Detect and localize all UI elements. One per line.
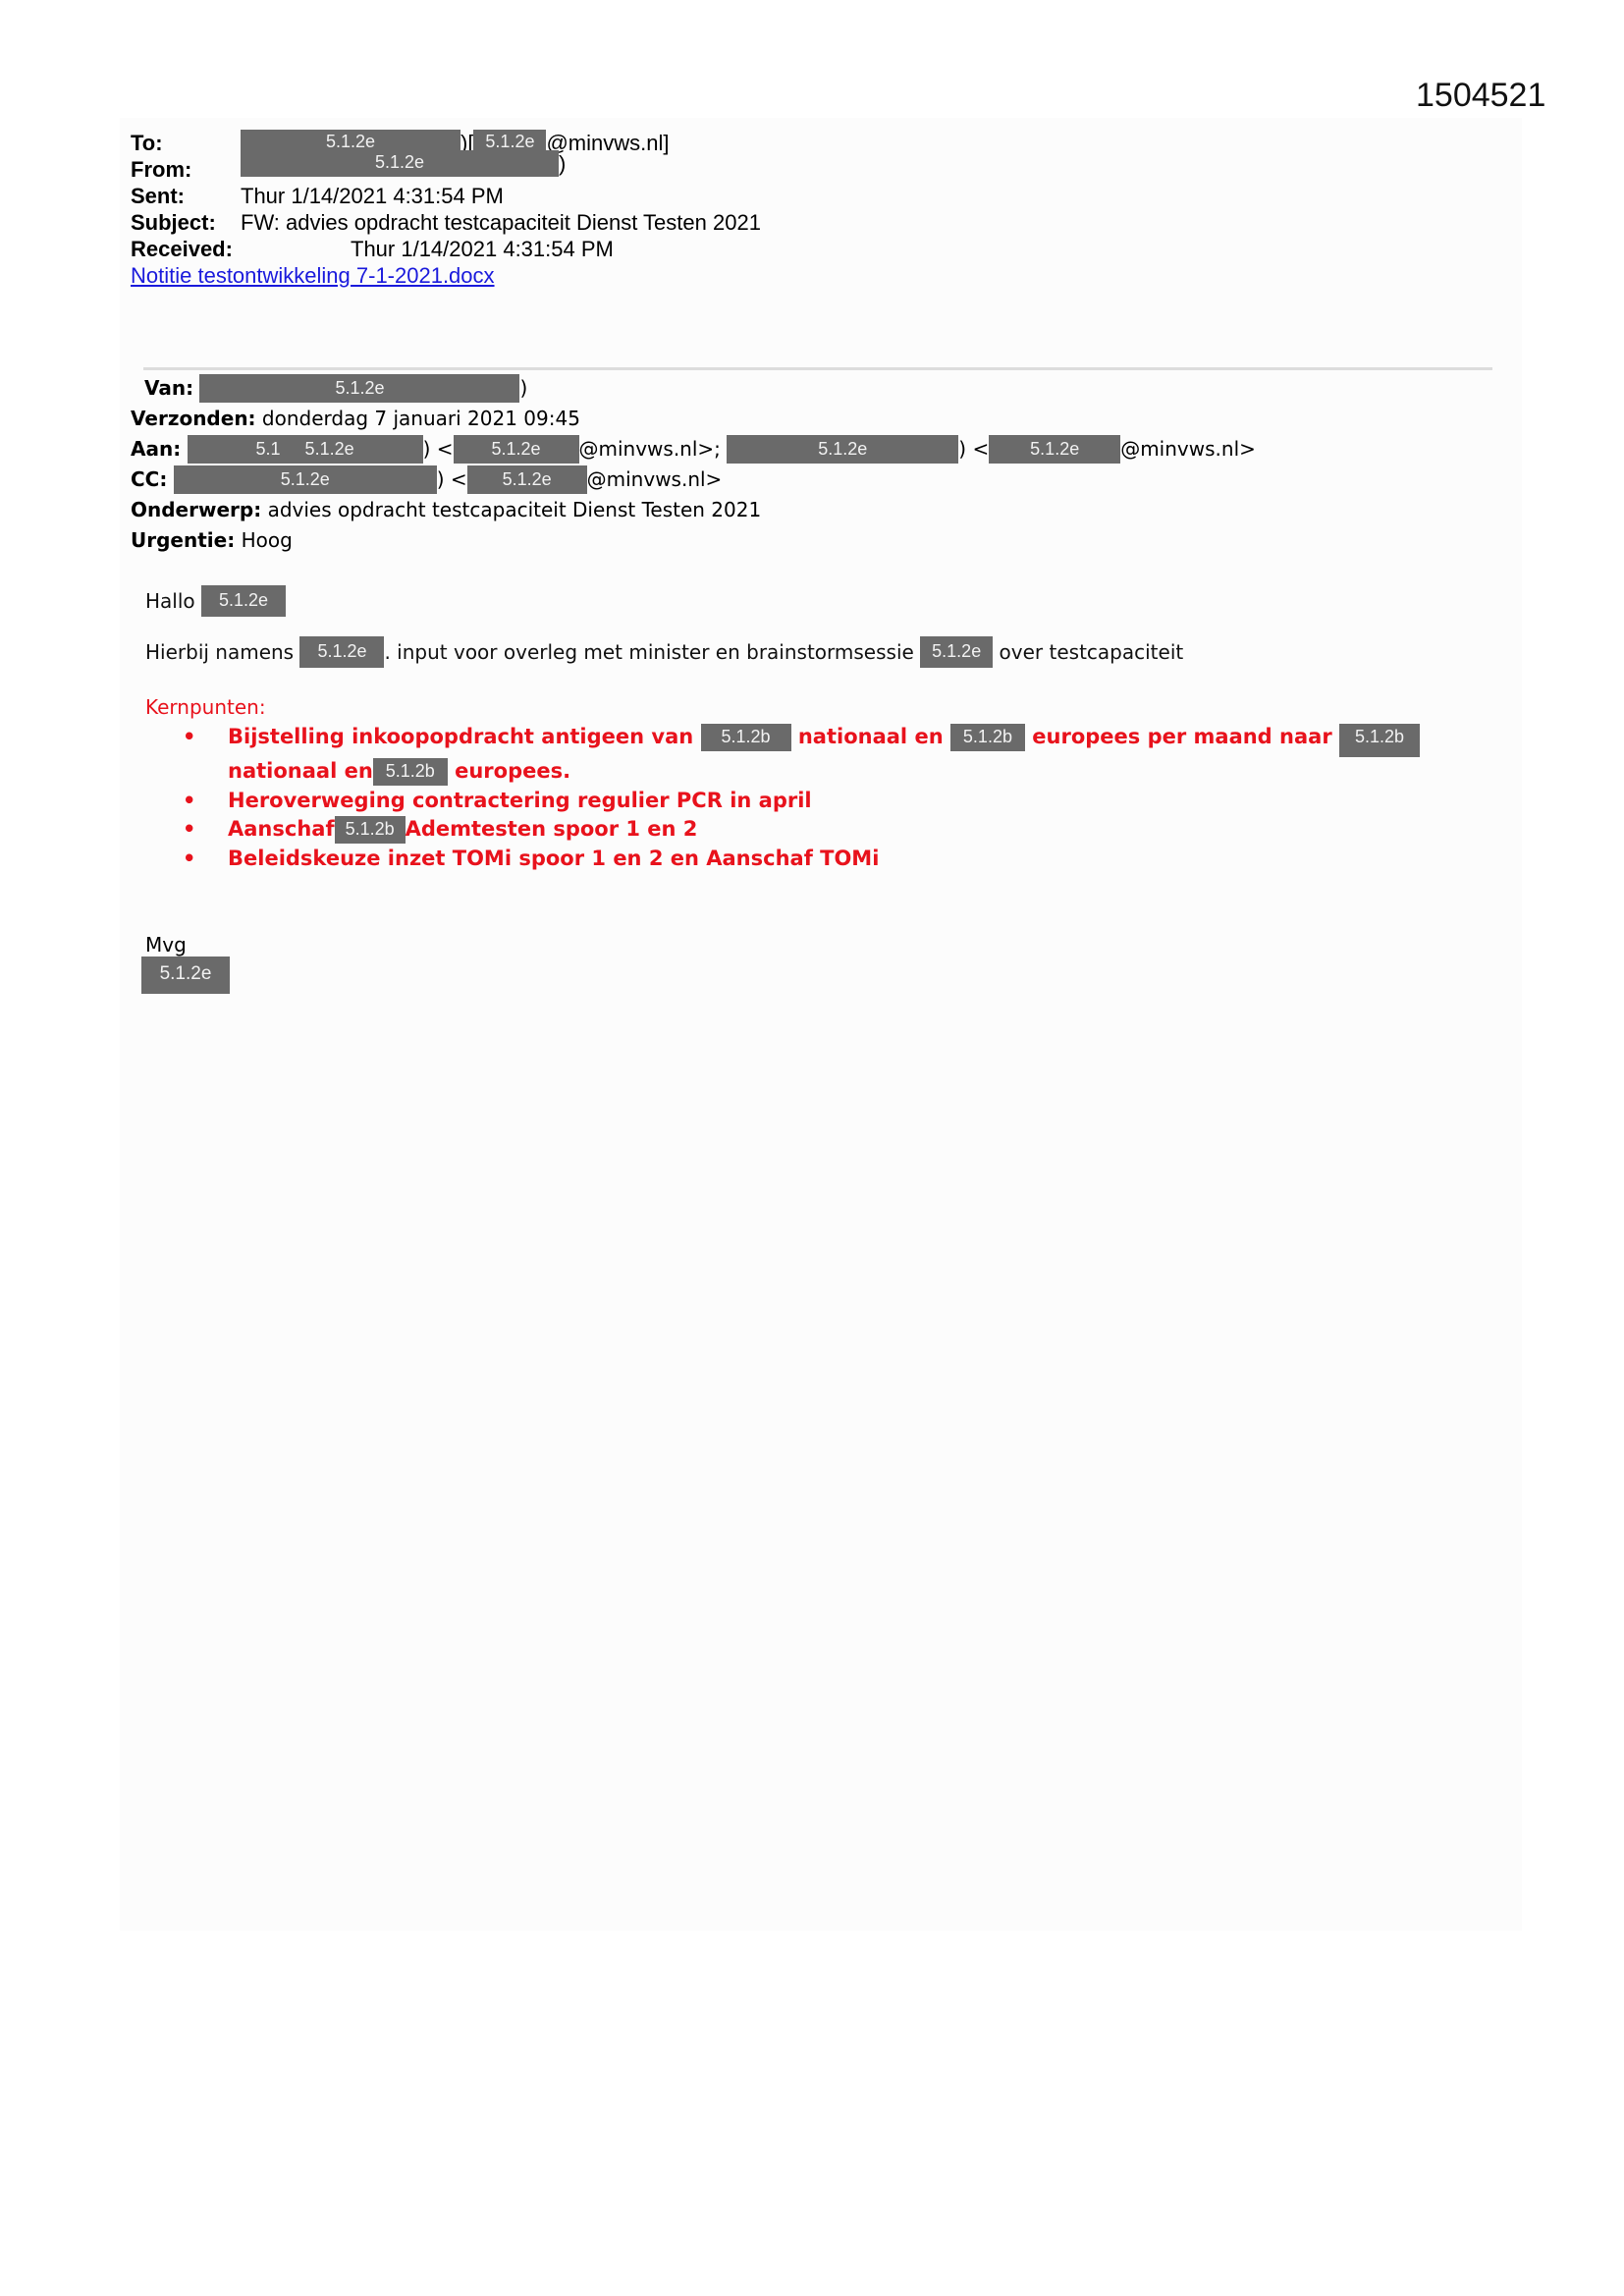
redaction: 5.1.2b: [1339, 724, 1420, 757]
kernpunten-title: Kernpunten:: [145, 691, 1420, 723]
list-item: • Aanschaf5.1.2bAdemtesten spoor 1 en 2: [145, 815, 1420, 845]
redaction: 5.1.2e: [201, 585, 286, 617]
aan-row: Aan: 5.1 5.1.2e) <5.1.2e@minvws.nl>; 5.1…: [131, 434, 1256, 465]
sent-label: Sent:: [131, 183, 241, 209]
redaction: 5.1.2e: [920, 636, 993, 668]
outer-email-header: To: 5.1.2e)[5.1.2e@minvws.nl] From: 5.1.…: [131, 130, 495, 289]
redaction: 5.1.2e: [727, 435, 958, 464]
redaction: 5.1.2e: [989, 435, 1120, 464]
urgentie-row: Urgentie: Hoog: [131, 525, 1256, 556]
list-item: • Heroverweging contractering regulier P…: [145, 787, 1420, 816]
to-label: To:: [131, 130, 241, 156]
signoff: Mvg 5.1.2e: [145, 933, 230, 994]
verzonden-label: Verzonden:: [131, 407, 256, 430]
document-number: 1504521: [1416, 77, 1545, 115]
urgentie-label: Urgentie:: [131, 528, 235, 552]
onderwerp-row: Onderwerp: advies opdracht testcapacitei…: [131, 495, 1256, 525]
redaction: 5.1.2e: [174, 465, 437, 494]
onderwerp-label: Onderwerp:: [131, 498, 261, 521]
attachment-row: Notitie testontwikkeling 7-1-2021.docx: [131, 262, 495, 289]
redaction: 5.1.2e: [199, 374, 519, 403]
from-label: From:: [131, 156, 241, 183]
greeting: Hallo 5.1.2e: [145, 585, 1183, 617]
cc-row: CC: 5.1.2e) <5.1.2e@minvws.nl>: [131, 465, 1256, 495]
intro-line: Hierbij namens 5.1.2e. input voor overle…: [145, 636, 1183, 668]
urgentie-value: Hoog: [242, 528, 293, 552]
header-divider: [143, 367, 1492, 370]
sent-row: Sent: Thur 1/14/2021 4:31:54 PM: [131, 183, 495, 209]
redaction: 5.1.2e: [299, 636, 384, 668]
redaction: 5.1.2b: [373, 758, 448, 786]
subject-row: Subject: FW: advies opdracht testcapacit…: [131, 209, 495, 236]
subject-value: FW: advies opdracht testcapaciteit Diens…: [241, 209, 761, 236]
bullet-icon: •: [183, 723, 195, 752]
bullet-icon: •: [183, 845, 195, 874]
list-item: • Bijstelling inkoopopdracht antigeen va…: [145, 723, 1420, 787]
redaction: 5.1.2b: [335, 816, 406, 844]
redaction: 5.1.2e: [454, 435, 579, 464]
attachment-link[interactable]: Notitie testontwikkeling 7-1-2021.docx: [131, 263, 495, 288]
van-label: Van:: [144, 376, 193, 400]
verzonden-row: Verzonden: donderdag 7 januari 2021 09:4…: [131, 404, 1256, 434]
received-row: Received: Thur 1/14/2021 4:31:54 PM: [131, 236, 495, 262]
subject-label: Subject:: [131, 209, 241, 236]
closing: Mvg: [145, 933, 230, 957]
list-item: • Beleidskeuze inzet TOMi spoor 1 en 2 e…: [145, 845, 1420, 874]
from-value: 5.1.2e): [241, 150, 566, 177]
redaction: 5.1.2b: [701, 724, 791, 751]
from-row: From: 5.1.2e): [131, 156, 495, 183]
email-body: Hallo 5.1.2e Hierbij namens 5.1.2e. inpu…: [145, 585, 1183, 687]
received-label: Received:: [131, 236, 241, 262]
onderwerp-value: advies opdracht testcapaciteit Dienst Te…: [268, 498, 762, 521]
bullet-icon: •: [183, 815, 195, 845]
forwarded-email-header: Van: 5.1.2e) Verzonden: donderdag 7 janu…: [131, 373, 1256, 556]
sent-value: Thur 1/14/2021 4:31:54 PM: [241, 183, 504, 209]
redaction: 5.1.2b: [950, 724, 1025, 751]
kernpunten-section: Kernpunten: • Bijstelling inkoopopdracht…: [145, 691, 1420, 873]
cc-label: CC:: [131, 467, 167, 491]
redaction: 5.1.2e: [241, 150, 559, 177]
redaction: 5.1.2e: [141, 957, 230, 994]
redaction: 5.1.2e: [467, 465, 587, 494]
received-value: Thur 1/14/2021 4:31:54 PM: [351, 236, 614, 262]
bullet-icon: •: [183, 787, 195, 816]
aan-label: Aan:: [131, 437, 181, 461]
redaction: 5.1 5.1.2e: [188, 435, 423, 464]
verzonden-value: donderdag 7 januari 2021 09:45: [262, 407, 580, 430]
kernpunten-list: • Bijstelling inkoopopdracht antigeen va…: [145, 723, 1420, 873]
van-row: Van: 5.1.2e): [131, 373, 1256, 404]
